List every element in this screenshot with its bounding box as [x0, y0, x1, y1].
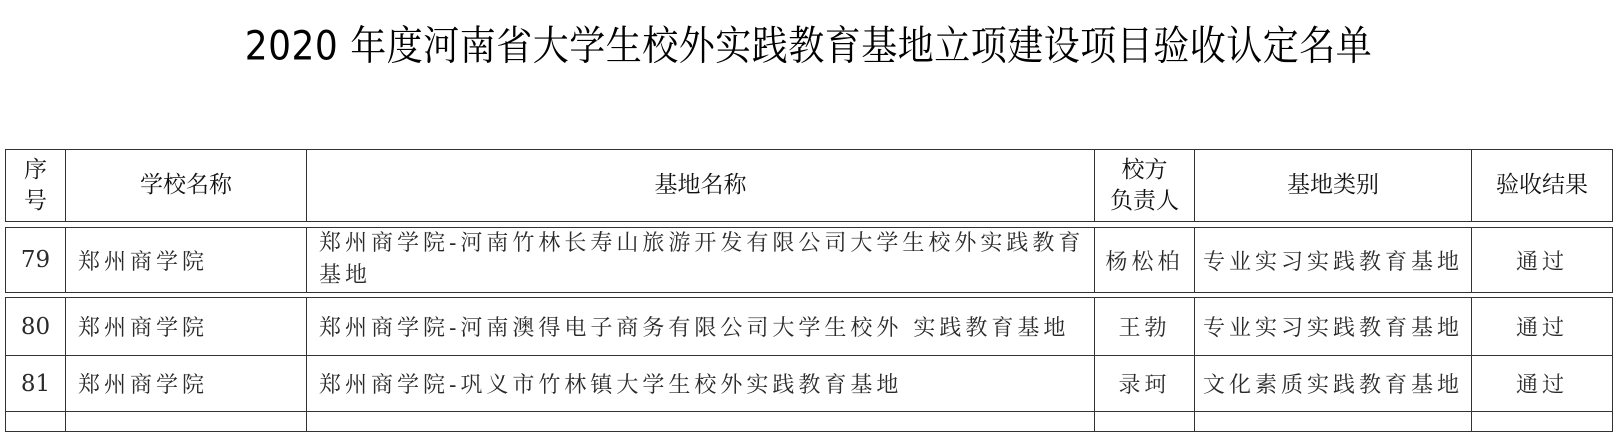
header-leader-line2: 负责人 [1095, 186, 1194, 217]
row-leader: 杨松柏 [1095, 228, 1195, 293]
table-header-row: 序 号 学校名称 基地名称 校方 负责人 基地类别 验收结果 [6, 150, 1613, 222]
table-row: 79 郑州商学院 郑州商学院-河南竹林长寿山旅游开发有限公司大学生校外实践教育基… [6, 228, 1613, 293]
table-row: 81 郑州商学院 郑州商学院-巩义市竹林镇大学生校外实践教育基地 录珂 文化素质… [6, 356, 1613, 412]
header-index-line2: 号 [6, 186, 65, 217]
row-leader: 王勃 [1095, 298, 1195, 356]
row-result: 通过 [1472, 356, 1613, 412]
header-index: 序 号 [6, 150, 66, 222]
header-result: 验收结果 [1472, 150, 1613, 222]
document-title: 2020 年度河南省大学生校外实践教育基地立项建设项目验收认定名单 [0, 15, 1617, 72]
row-result: 通过 [1472, 228, 1613, 293]
row-school: 郑州商学院 [66, 228, 307, 293]
row-index: 80 [6, 298, 66, 356]
row-leader: 录珂 [1095, 356, 1195, 412]
header-category: 基地类别 [1195, 150, 1472, 222]
table-row-partial [6, 412, 1613, 430]
row-result: 通过 [1472, 298, 1613, 356]
header-school: 学校名称 [66, 150, 307, 222]
header-index-line1: 序 [6, 155, 65, 186]
row-index: 81 [6, 356, 66, 412]
row-base-name: 郑州商学院-河南竹林长寿山旅游开发有限公司大学生校外实践教育基地 [307, 228, 1095, 293]
header-leader-line1: 校方 [1095, 155, 1194, 186]
header-base-name: 基地名称 [307, 150, 1095, 222]
acceptance-list-table: 序 号 学校名称 基地名称 校方 负责人 基地类别 验收结果 79 郑州商学院 … [5, 149, 1613, 429]
row-category: 文化素质实践教育基地 [1195, 356, 1472, 412]
table-row: 80 郑州商学院 郑州商学院-河南澳得电子商务有限公司大学生校外 实践教育基地 … [6, 298, 1613, 356]
row-base-name: 郑州商学院-巩义市竹林镇大学生校外实践教育基地 [307, 356, 1095, 412]
row-index: 79 [6, 228, 66, 293]
row-category: 专业实习实践教育基地 [1195, 298, 1472, 356]
row-school: 郑州商学院 [66, 298, 307, 356]
row-category: 专业实习实践教育基地 [1195, 228, 1472, 293]
row-school: 郑州商学院 [66, 356, 307, 412]
row-base-name: 郑州商学院-河南澳得电子商务有限公司大学生校外 实践教育基地 [307, 298, 1095, 356]
header-leader: 校方 负责人 [1095, 150, 1195, 222]
